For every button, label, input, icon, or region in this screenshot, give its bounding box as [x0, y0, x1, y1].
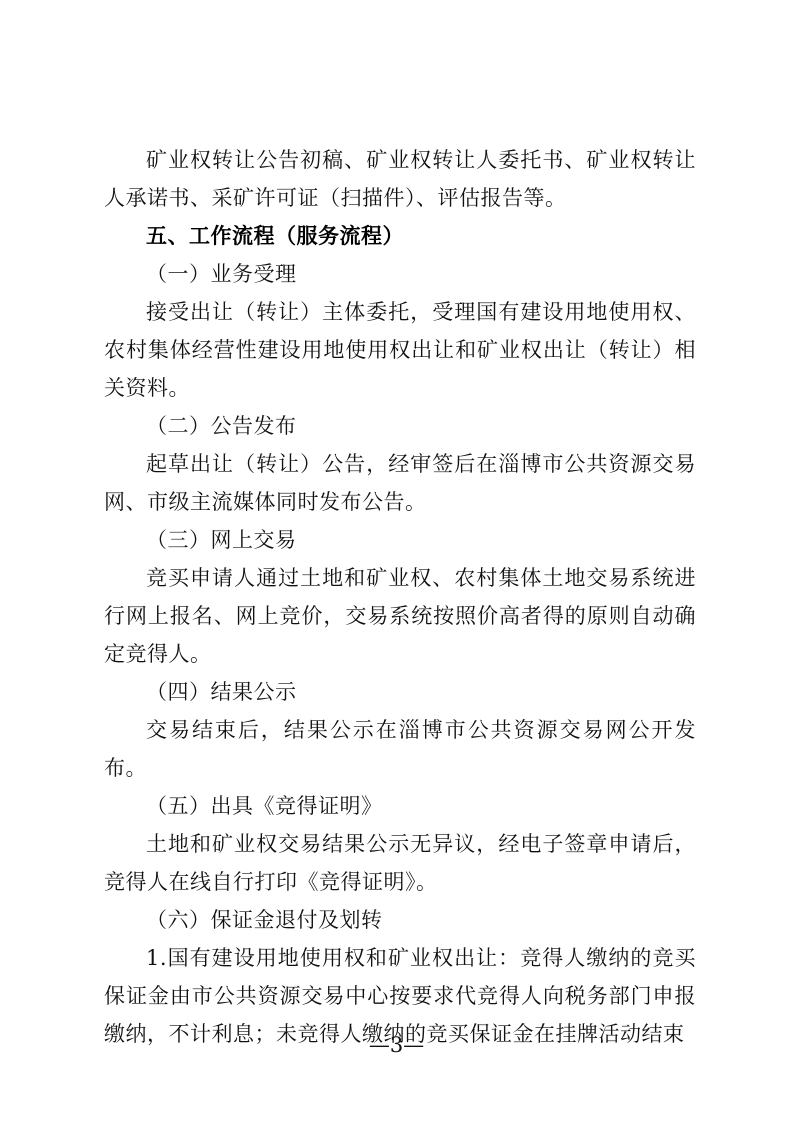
paragraph: 土地和矿业权交易结果公示无异议，经电子签章申请后，竞得人在线自行打印《竞得证明》…: [104, 825, 696, 901]
sub-heading-step5: （五）出具《竞得证明》: [104, 787, 696, 825]
sub-heading-step3: （三）网上交易: [104, 521, 696, 559]
document-body: 矿业权转让公告初稿、矿业权转让人委托书、矿业权转让人承诺书、采矿许可证（扫描件）…: [104, 141, 696, 1053]
paragraph: 竞买申请人通过土地和矿业权、农村集体土地交易系统进行网上报名、网上竞价，交易系统…: [104, 559, 696, 673]
sub-heading-step6: （六）保证金退付及划转: [104, 901, 696, 939]
paragraph: 交易结束后，结果公示在淄博市公共资源交易网公开发布。: [104, 711, 696, 787]
section-heading-work-process: 五、工作流程（服务流程）: [104, 217, 696, 255]
page-footer: —3—: [0, 1033, 793, 1057]
sub-heading-step4: （四）结果公示: [104, 673, 696, 711]
page-number: —3—: [369, 1033, 424, 1057]
paragraph: 接受出让（转让）主体委托，受理国有建设用地使用权、农村集体经营性建设用地使用权出…: [104, 293, 696, 407]
paragraph: 起草出让（转让）公告，经审签后在淄博市公共资源交易网、市级主流媒体同时发布公告。: [104, 445, 696, 521]
sub-heading-step1: （一）业务受理: [104, 255, 696, 293]
document-page: 矿业权转让公告初稿、矿业权转让人委托书、矿业权转让人承诺书、采矿许可证（扫描件）…: [0, 0, 793, 1122]
paragraph-continued-from-previous-page: 矿业权转让公告初稿、矿业权转让人委托书、矿业权转让人承诺书、采矿许可证（扫描件）…: [104, 141, 696, 217]
sub-heading-step2: （二）公告发布: [104, 407, 696, 445]
